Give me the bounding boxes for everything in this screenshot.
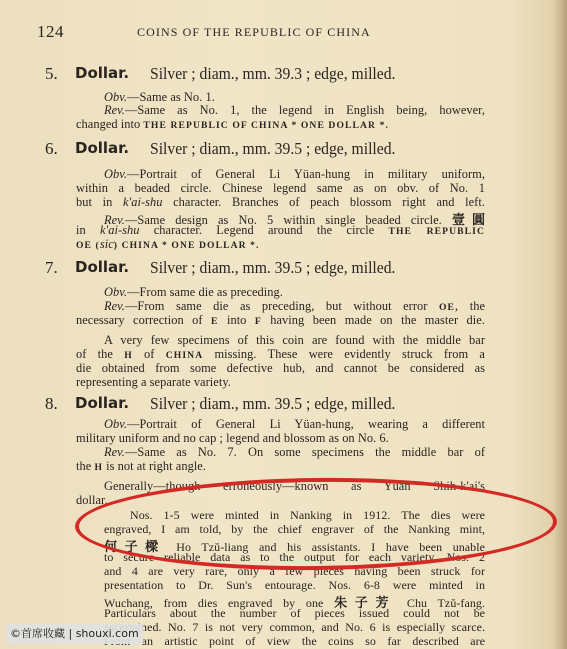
rev-letter: F	[255, 316, 262, 327]
entry-5-heading: 5. Dollar. Silver ; diam., mm. 39.3 ; ed…	[45, 64, 505, 86]
obv-text: but in	[76, 195, 123, 209]
entry-6-heading: 6. Dollar. Silver ; diam., mm. 39.5 ; ed…	[45, 139, 505, 161]
footnote-line-8: Particulars about the number of pieces i…	[104, 606, 485, 621]
obv-label: Obv.	[104, 167, 127, 181]
entry-kind: Dollar.	[75, 139, 129, 157]
footnote-text: From an artistic point of view the coins…	[104, 634, 485, 648]
entry-8-obv-1: Obv.—Portrait of General Li Yüan-hung, w…	[104, 417, 485, 432]
rev-text: changed into	[76, 117, 143, 131]
note-letter: H	[124, 350, 133, 361]
footnote-line-10: From an artistic point of view the coins…	[104, 634, 485, 649]
rev-legend: THE REPUBLIC	[388, 226, 485, 237]
rev-legend: OE	[439, 302, 455, 313]
rev-text: —From same die as preceding, but without…	[125, 299, 439, 313]
entry-kind: Dollar.	[75, 64, 129, 82]
entry-spec: Silver ; diam., mm. 39.5 ; edge, milled.	[150, 394, 395, 414]
obv-label: Obv.	[104, 285, 127, 299]
rev-letter: E	[211, 316, 219, 327]
entry-7-note-3: die obtained from some defective hub, an…	[76, 361, 485, 376]
entry-6-obv-3: but in k'ai-shu character. Branches of p…	[76, 195, 485, 210]
entry-7-heading: 7. Dollar. Silver ; diam., mm. 39.5 ; ed…	[45, 258, 505, 280]
obv-text: —Portrait of General Li Yüan-hung in mil…	[127, 167, 485, 181]
rev-text: into	[219, 313, 255, 327]
entry-8-heading: 8. Dollar. Silver ; diam., mm. 39.5 ; ed…	[45, 394, 505, 416]
entry-6-rev-2: in k'ai-shu character. Legend around the…	[76, 223, 485, 238]
note-text: of	[133, 347, 166, 361]
entry-7-rev-2: necessary correction of E into F having …	[76, 313, 485, 328]
obv-text: military uniform and no cap ; legend and…	[76, 431, 389, 445]
entry-number: 5.	[45, 64, 58, 84]
footnote-line-6: presentation to Dr. Sun's entourage. Nos…	[104, 578, 485, 593]
entry-7-note-1: A very few specimens of this coin are fo…	[104, 333, 485, 348]
entry-spec: Silver ; diam., mm. 39.5 ; edge, milled.	[150, 258, 395, 278]
rev-text: —Same as No. 7. On some specimens the mi…	[125, 445, 485, 459]
entry-number: 6.	[45, 139, 58, 159]
entry-8-rev-2: the H is not at right angle.	[76, 459, 206, 474]
footnote-text: presentation to Dr. Sun's entourage. Nos…	[104, 578, 485, 592]
entry-number: 8.	[45, 394, 58, 414]
note-text: of the	[76, 347, 124, 361]
note-text: A very few specimens of this coin are fo…	[104, 333, 485, 347]
rev-text: the	[76, 459, 94, 473]
footnote-line-9: ascertained. No. 7 is not very common, a…	[104, 620, 485, 635]
rev-text: —Same as No. 1, the legend in English be…	[125, 103, 485, 117]
entry-spec: Silver ; diam., mm. 39.5 ; edge, milled.	[150, 139, 395, 159]
rev-text: , the	[455, 299, 485, 313]
rev-text-italic: k'ai-shu	[100, 223, 140, 237]
entry-5-rev-1: Rev.—Same as No. 1, the legend in Englis…	[104, 103, 485, 118]
note-text: missing. These were evidently struck fro…	[203, 347, 485, 361]
entry-kind: Dollar.	[75, 394, 129, 412]
obv-label: Obv.	[104, 417, 127, 431]
obv-text-italic: k'ai-shu	[123, 195, 163, 209]
note-word: CHINA	[166, 350, 203, 361]
running-title: COINS OF THE REPUBLIC OF CHINA	[137, 25, 371, 40]
entry-6-rev-3: OE (sic) CHINA * ONE DOLLAR *.	[76, 237, 260, 252]
obv-label: Obv.	[104, 90, 127, 104]
rev-label: Rev.	[104, 103, 125, 117]
running-head: 124 COINS OF THE REPUBLIC OF CHINA	[37, 22, 517, 42]
entry-7-note-2: of the H of CHINA missing. These were ev…	[76, 347, 485, 362]
rev-label: Rev.	[104, 299, 125, 313]
rev-text: is not at right angle.	[103, 459, 206, 473]
entry-6-obv-1: Obv.—Portrait of General Li Yüan-hung in…	[104, 167, 485, 182]
page-gutter-shadow	[553, 0, 567, 649]
watermark: ©首席收藏 | shouxi.com	[6, 624, 143, 644]
rev-sic: sic	[100, 237, 114, 251]
entry-number: 7.	[45, 258, 58, 278]
rev-letter: H	[94, 462, 103, 473]
footnote-text: Particulars about the number of pieces i…	[104, 606, 485, 620]
entry-7-obv: Obv.—From same die as preceding.	[104, 285, 283, 300]
entry-8-obv-2: military uniform and no cap ; legend and…	[76, 431, 389, 446]
obv-text: within a beaded circle. Chinese legend s…	[76, 181, 485, 195]
obv-text: —Same as No. 1.	[127, 90, 215, 104]
book-page: 124 COINS OF THE REPUBLIC OF CHINA 5. Do…	[0, 0, 567, 649]
entry-6-obv-2: within a beaded circle. Chinese legend s…	[76, 181, 485, 196]
note-text: representing a separate variety.	[76, 375, 231, 389]
rev-text: character. Legend around the circle	[140, 223, 389, 237]
obv-text: —Portrait of General Li Yüan-hung, weari…	[127, 417, 485, 431]
rev-label: Rev.	[104, 445, 125, 459]
entry-5-rev-2: changed into THE REPUBLIC OF CHINA * ONE…	[76, 117, 389, 132]
rev-text: having been made on the master die.	[262, 313, 485, 327]
entry-7-rev-1: Rev.—From same die as preceding, but wit…	[104, 299, 485, 314]
rev-text: in	[76, 223, 100, 237]
obv-text: —From same die as preceding.	[127, 285, 283, 299]
rev-legend: OE (	[76, 240, 100, 251]
entry-kind: Dollar.	[75, 258, 129, 276]
entry-spec: Silver ; diam., mm. 39.3 ; edge, milled.	[150, 64, 395, 84]
page-number: 124	[37, 22, 64, 42]
note-text: die obtained from some defective hub, an…	[76, 361, 485, 375]
obv-text: character. Branches of peach blossom rig…	[162, 195, 485, 209]
rev-legend: ) CHINA * ONE DOLLAR *.	[114, 240, 260, 251]
entry-7-note-4: representing a separate variety.	[76, 375, 231, 390]
rev-text: necessary correction of	[76, 313, 211, 327]
entry-8-rev-1: Rev.—Same as No. 7. On some specimens th…	[104, 445, 485, 460]
rev-legend: THE REPUBLIC OF CHINA * ONE DOLLAR *.	[143, 120, 389, 131]
footnote-text: ascertained. No. 7 is not very common, a…	[104, 620, 485, 634]
